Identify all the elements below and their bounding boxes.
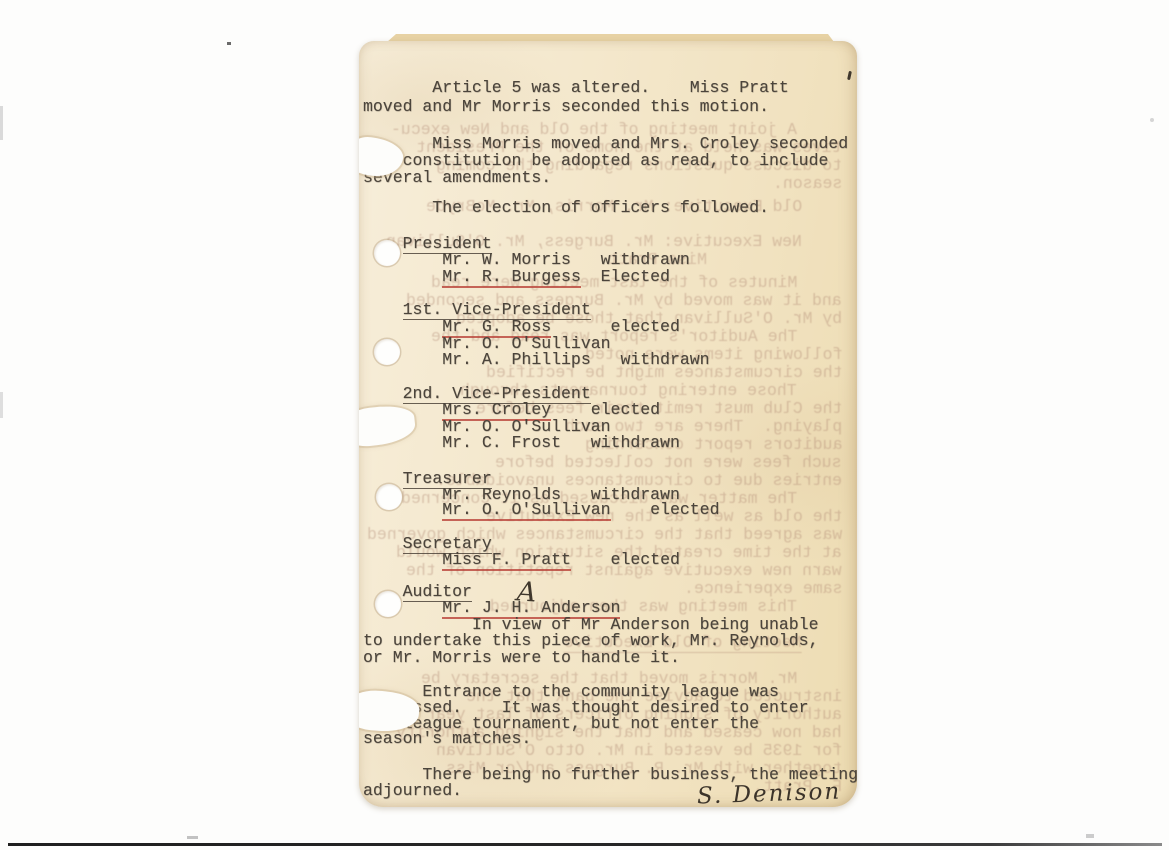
section-1st-vice-president: 1st. Vice-President Mr. G. Ross elected …: [363, 302, 710, 369]
text-segment: Miss Morris moved and Mrs. Croley second…: [363, 134, 848, 153]
paper: A joint meeting of the Old and New execu…: [359, 41, 857, 807]
section-treasurer: Treasurer Mr. Reynolds withdrawn Mr. O. …: [363, 471, 719, 518]
scanner-speck: [1086, 834, 1094, 838]
text-segment: the constitution be adopted as read, to …: [363, 151, 828, 170]
doc-line: season's matches.: [363, 731, 809, 747]
doc-line: moved and Mr Morris seconded this motion…: [363, 98, 789, 117]
punch-hole: [375, 591, 401, 617]
para-entrance: Entrance to the community league wasdisc…: [363, 684, 809, 747]
scanner-edge-line: [8, 843, 1162, 846]
text-segment: elected: [571, 550, 680, 569]
handwritten-annotation-a: A: [516, 576, 538, 608]
text-segment: [363, 500, 442, 519]
doc-line: Mr. O. O'Sullivan elected: [363, 502, 719, 518]
underlined-text: Miss F. Pratt: [442, 550, 571, 571]
doc-line: Mr. R. Burgess Elected: [363, 269, 690, 285]
para-constitution: Miss Morris moved and Mrs. Croley second…: [363, 135, 848, 187]
text-segment: Mr. C. Frost withdrawn: [363, 433, 680, 452]
underlined-text: Mr. O. O'Sullivan: [442, 500, 610, 521]
punch-hole: [376, 484, 402, 510]
doc-line: or Mr. Morris were to handle it.: [363, 650, 818, 666]
scanner-speck: [227, 42, 231, 45]
section-president: President Mr. W. Morris withdrawn Mr. R.…: [363, 236, 690, 285]
para-article-5: Article 5 was altered. Miss Prattmoved a…: [363, 79, 789, 116]
text-segment: season's matches.: [363, 729, 531, 748]
text-segment: moved and Mr Morris seconded this motion…: [363, 97, 769, 116]
typewritten-text: Article 5 was altered. Miss Prattmoved a…: [359, 41, 857, 807]
doc-line: Miss Morris moved and Mrs. Croley second…: [363, 135, 848, 152]
text-segment: Article 5 was altered. Miss Pratt: [363, 78, 789, 97]
doc-line: Article 5 was altered. Miss Pratt: [363, 79, 789, 98]
punch-hole: [374, 339, 400, 365]
text-segment: [363, 267, 442, 286]
text-segment: or Mr. Morris were to handle it.: [363, 648, 680, 667]
scanner-speck: [0, 106, 3, 140]
doc-line: Miss F. Pratt elected: [363, 552, 680, 568]
signature-handwriting: S. Denison: [697, 778, 842, 807]
scanner-speck: [187, 836, 198, 839]
text-segment: elected: [611, 500, 720, 519]
doc-line: several amendments.: [363, 169, 848, 186]
doc-line: the constitution be adopted as read, to …: [363, 152, 848, 169]
text-segment: Elected: [581, 267, 670, 286]
doc-line: Mr. A. Phillips withdrawn: [363, 352, 710, 369]
section-secretary: Secretary Miss F. Pratt elected: [363, 536, 680, 568]
scanner-speck: [0, 392, 3, 418]
scanner-speck: [1150, 118, 1154, 122]
section-auditor: Auditor Mr. J. H. Anderson In view of Mr…: [363, 584, 818, 666]
doc-line: Mr. C. Frost withdrawn: [363, 435, 680, 451]
text-segment: The election of officers followed.: [363, 198, 769, 217]
text-segment: [363, 550, 442, 569]
text-segment: Mr. A. Phillips withdrawn: [363, 350, 710, 369]
doc-line: The election of officers followed.: [363, 199, 769, 216]
punch-hole: [374, 240, 400, 266]
line-election: The election of officers followed.: [363, 199, 769, 216]
text-segment: adjourned.: [363, 781, 462, 800]
underlined-text: Mr. R. Burgess: [442, 267, 581, 288]
